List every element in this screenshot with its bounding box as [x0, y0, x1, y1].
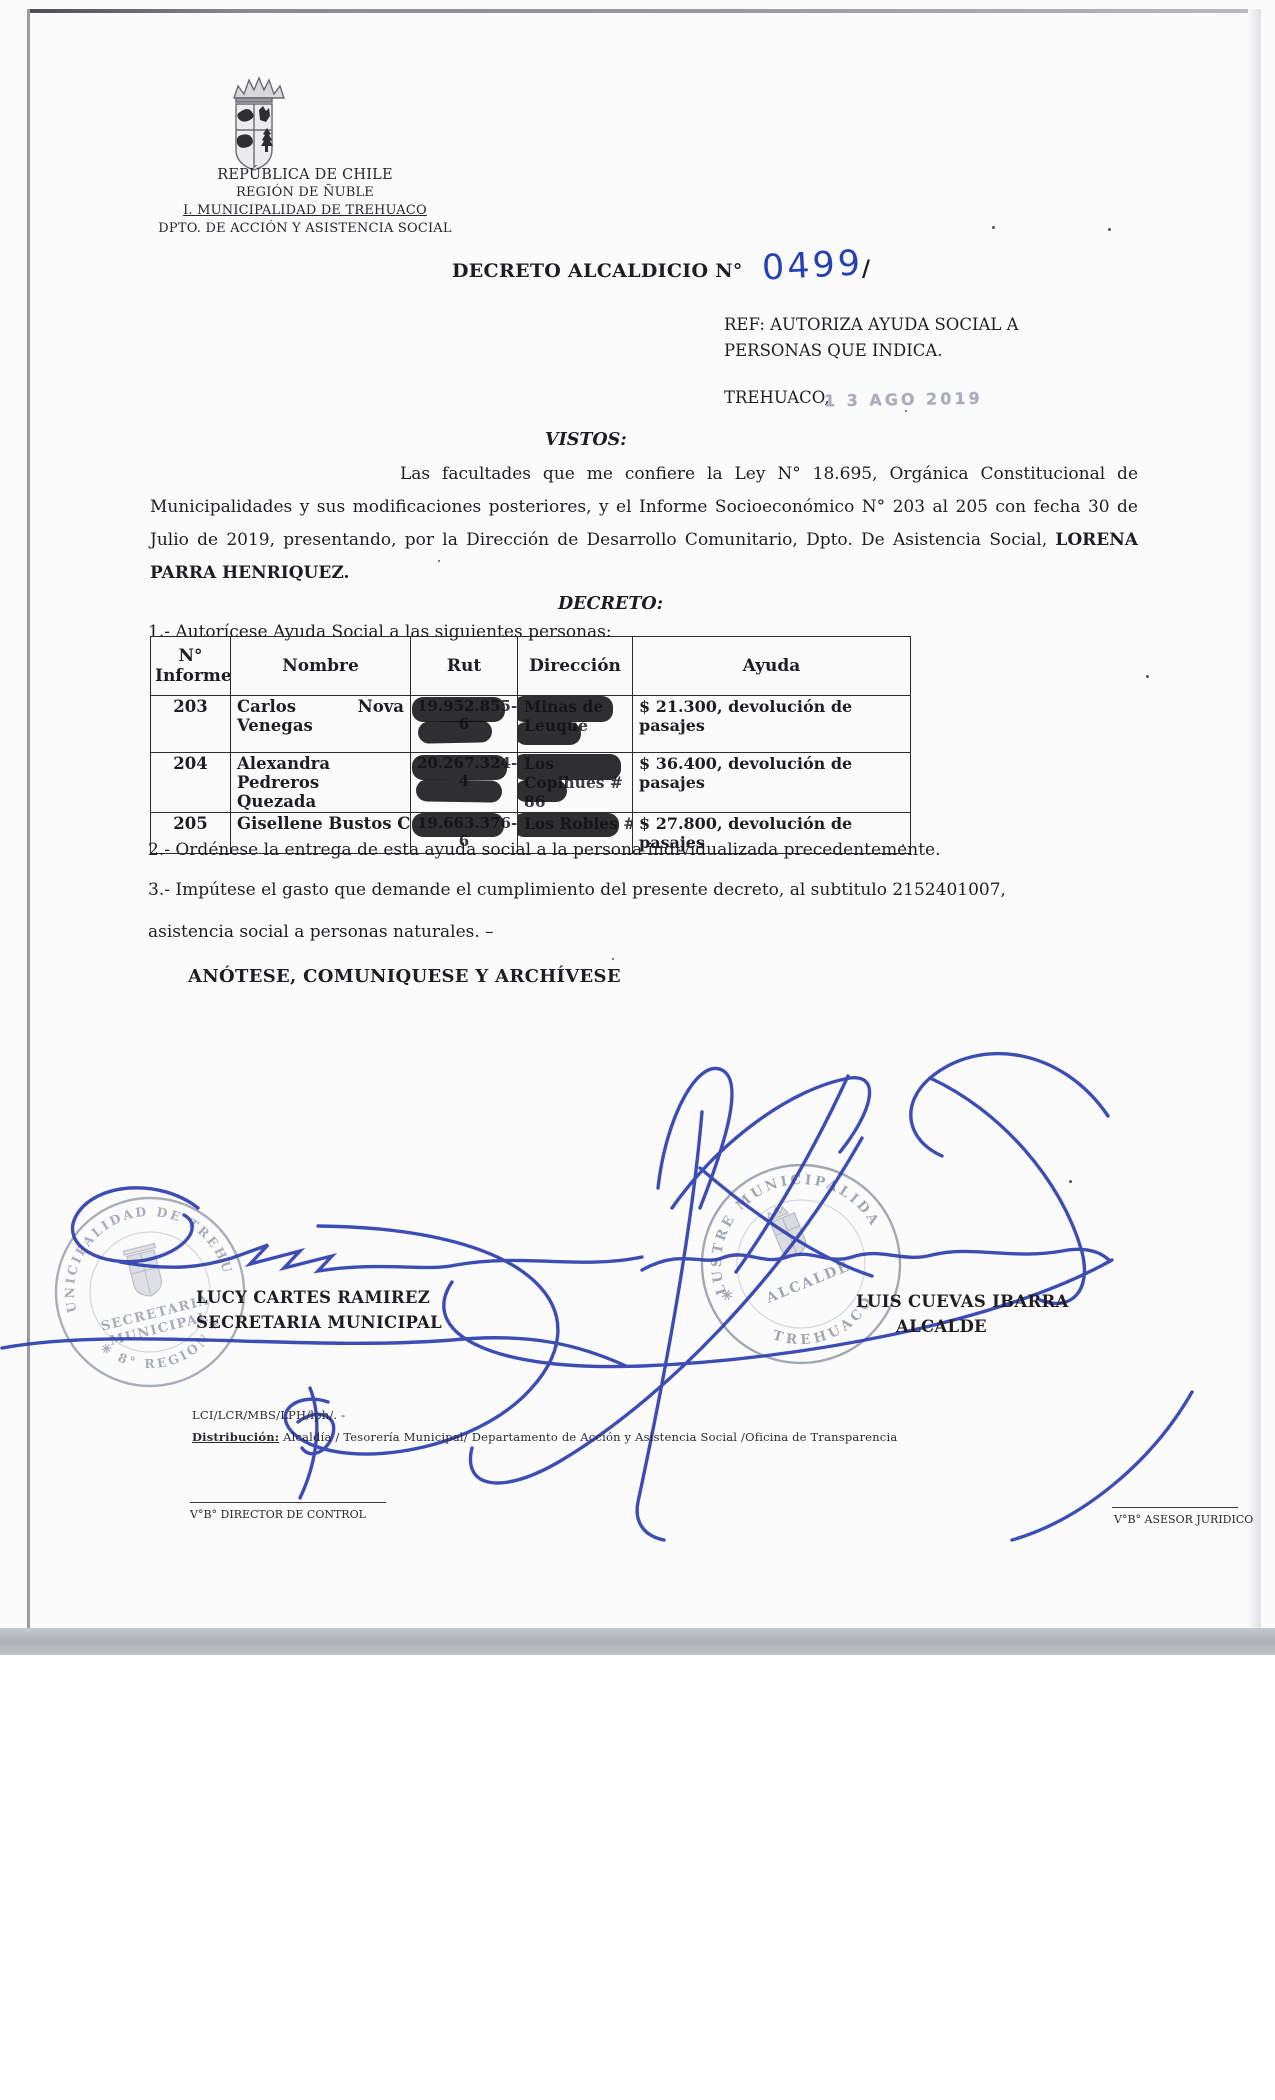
drafting-initials: LCI/LCR/MBS/LPH/lph/. -	[192, 1408, 345, 1422]
vistos-paragraph: Las facultades que me confiere la Ley N°…	[150, 458, 1138, 590]
vistos-heading: VISTOS:	[545, 430, 627, 450]
coat-of-arms-icon	[196, 76, 311, 174]
reference-line-1: REF: AUTORIZA AYUDA SOCIAL A	[724, 312, 1019, 338]
scanned-decree-page: REPÚBLICA DE CHILE REGIÓN DE ÑUBLE I. MU…	[0, 0, 1275, 2100]
decree-item-3-line1: 3.- Impútese el gasto que demande el cum…	[148, 880, 1006, 900]
vb-director-control: V°B° DIRECTOR DE CONTROL	[190, 1508, 366, 1521]
decree-item-2: 2.- Ordénese la entrega de esta ayuda so…	[148, 840, 941, 860]
redaction-bar	[412, 697, 505, 722]
decree-item-3-line2: asistencia social a personas naturales. …	[148, 922, 494, 942]
cell-rut-redacted: 20.267.324-4	[411, 753, 518, 813]
aid-table-header-row: N° Informe Nombre Rut Dirección Ayuda	[151, 637, 911, 696]
scan-speck	[612, 958, 614, 960]
left-signer-title: SECRETARIA MUNICIPAL	[196, 1313, 442, 1332]
cell-informe: 204	[151, 753, 231, 813]
letterhead-department: DPTO. DE ACCIÓN Y ASISTENCIA SOCIAL	[138, 220, 472, 238]
vistos-body: Las facultades que me confiere la Ley N°…	[150, 464, 1138, 550]
cell-ayuda: $ 36.400, devolución de pasajes	[633, 753, 911, 813]
scan-speck	[1146, 675, 1149, 678]
redaction-bar	[518, 780, 568, 802]
scanner-top-edge	[30, 9, 1248, 13]
cell-ayuda: $ 21.300, devolución de pasajes	[633, 696, 911, 753]
reference-line-2: PERSONAS QUE INDICA.	[724, 338, 1019, 364]
letterhead-municipality: I. MUNICIPALIDAD DE TREHUACO	[138, 202, 472, 220]
table-row: 203 Carlos Nova Venegas 19.952.855-6 Min…	[151, 696, 911, 753]
handwritten-decree-number: 0499	[761, 243, 864, 288]
scanner-bottom-edge	[0, 1628, 1275, 1655]
distribution-text: Alcaldía / Tesorería Municipal/ Departam…	[279, 1430, 897, 1444]
scan-speck	[438, 560, 440, 562]
col-header-direccion: Dirección	[518, 637, 633, 696]
redaction-bar	[518, 813, 620, 837]
left-signer-name: LUCY CARTES RAMIREZ	[196, 1288, 430, 1307]
redaction-bar	[418, 720, 492, 743]
reference-block: REF: AUTORIZA AYUDA SOCIAL A PERSONAS QU…	[724, 312, 1019, 364]
cell-informe: 203	[151, 696, 231, 753]
scan-speck	[905, 410, 907, 412]
redaction-bar	[416, 779, 502, 802]
decree-title: DECRETO ALCALDICIO N°	[452, 260, 743, 282]
cell-nombre: Alexandra Pedreros Quezada	[231, 753, 411, 813]
cell-nombre: Carlos Nova Venegas	[231, 696, 411, 753]
distribution-line: Distribución: Alcaldía / Tesorería Munic…	[192, 1430, 1112, 1444]
scan-speck	[1069, 1180, 1072, 1183]
right-signer-name: LUIS CUEVAS IBARRA	[856, 1292, 1069, 1311]
col-header-nombre: Nombre	[231, 637, 411, 696]
col-header-ayuda: Ayuda	[633, 637, 911, 696]
vb-asesor-juridico: V°B° ASESOR JURIDICO	[1114, 1513, 1253, 1526]
scan-speck	[902, 844, 904, 847]
vb-left-rule	[190, 1502, 386, 1503]
letterhead: REPÚBLICA DE CHILE REGIÓN DE ÑUBLE I. MU…	[138, 166, 472, 238]
vb-right-rule	[1112, 1507, 1238, 1508]
closing-formula: ANÓTESE, COMUNIQUESE Y ARCHÍVESE	[188, 966, 621, 987]
scan-speck	[1108, 228, 1111, 231]
redaction-bar	[412, 755, 507, 780]
col-header-informe: N° Informe	[151, 637, 231, 696]
cell-direccion-redacted: Los Copihues # 86	[518, 753, 633, 813]
distribution-label: Distribución:	[192, 1430, 279, 1444]
redaction-bar	[412, 813, 504, 837]
decree-number-slash: /	[862, 256, 870, 282]
table-row: 204 Alexandra Pedreros Quezada 20.267.32…	[151, 753, 911, 813]
redaction-bar	[518, 754, 622, 780]
decreto-heading: DECRETO:	[558, 594, 663, 614]
letterhead-region: REGIÓN DE ÑUBLE	[138, 184, 472, 202]
scan-speck	[992, 226, 995, 229]
col-header-rut: Rut	[411, 637, 518, 696]
cell-direccion-redacted: Minas de Leuque	[518, 696, 633, 753]
place-line: TREHUACO,	[724, 388, 830, 407]
right-signer-title: ALCALDE	[896, 1317, 987, 1336]
redaction-bar	[518, 696, 614, 722]
date-stamp: 1 3 AGO 2019	[824, 389, 983, 411]
letterhead-country: REPÚBLICA DE CHILE	[138, 166, 472, 184]
cell-rut-redacted: 19.952.855-6	[411, 696, 518, 753]
aid-table: N° Informe Nombre Rut Dirección Ayuda 20…	[150, 636, 911, 854]
redaction-bar	[518, 722, 582, 745]
handwritten-signatures	[0, 1020, 1275, 1560]
